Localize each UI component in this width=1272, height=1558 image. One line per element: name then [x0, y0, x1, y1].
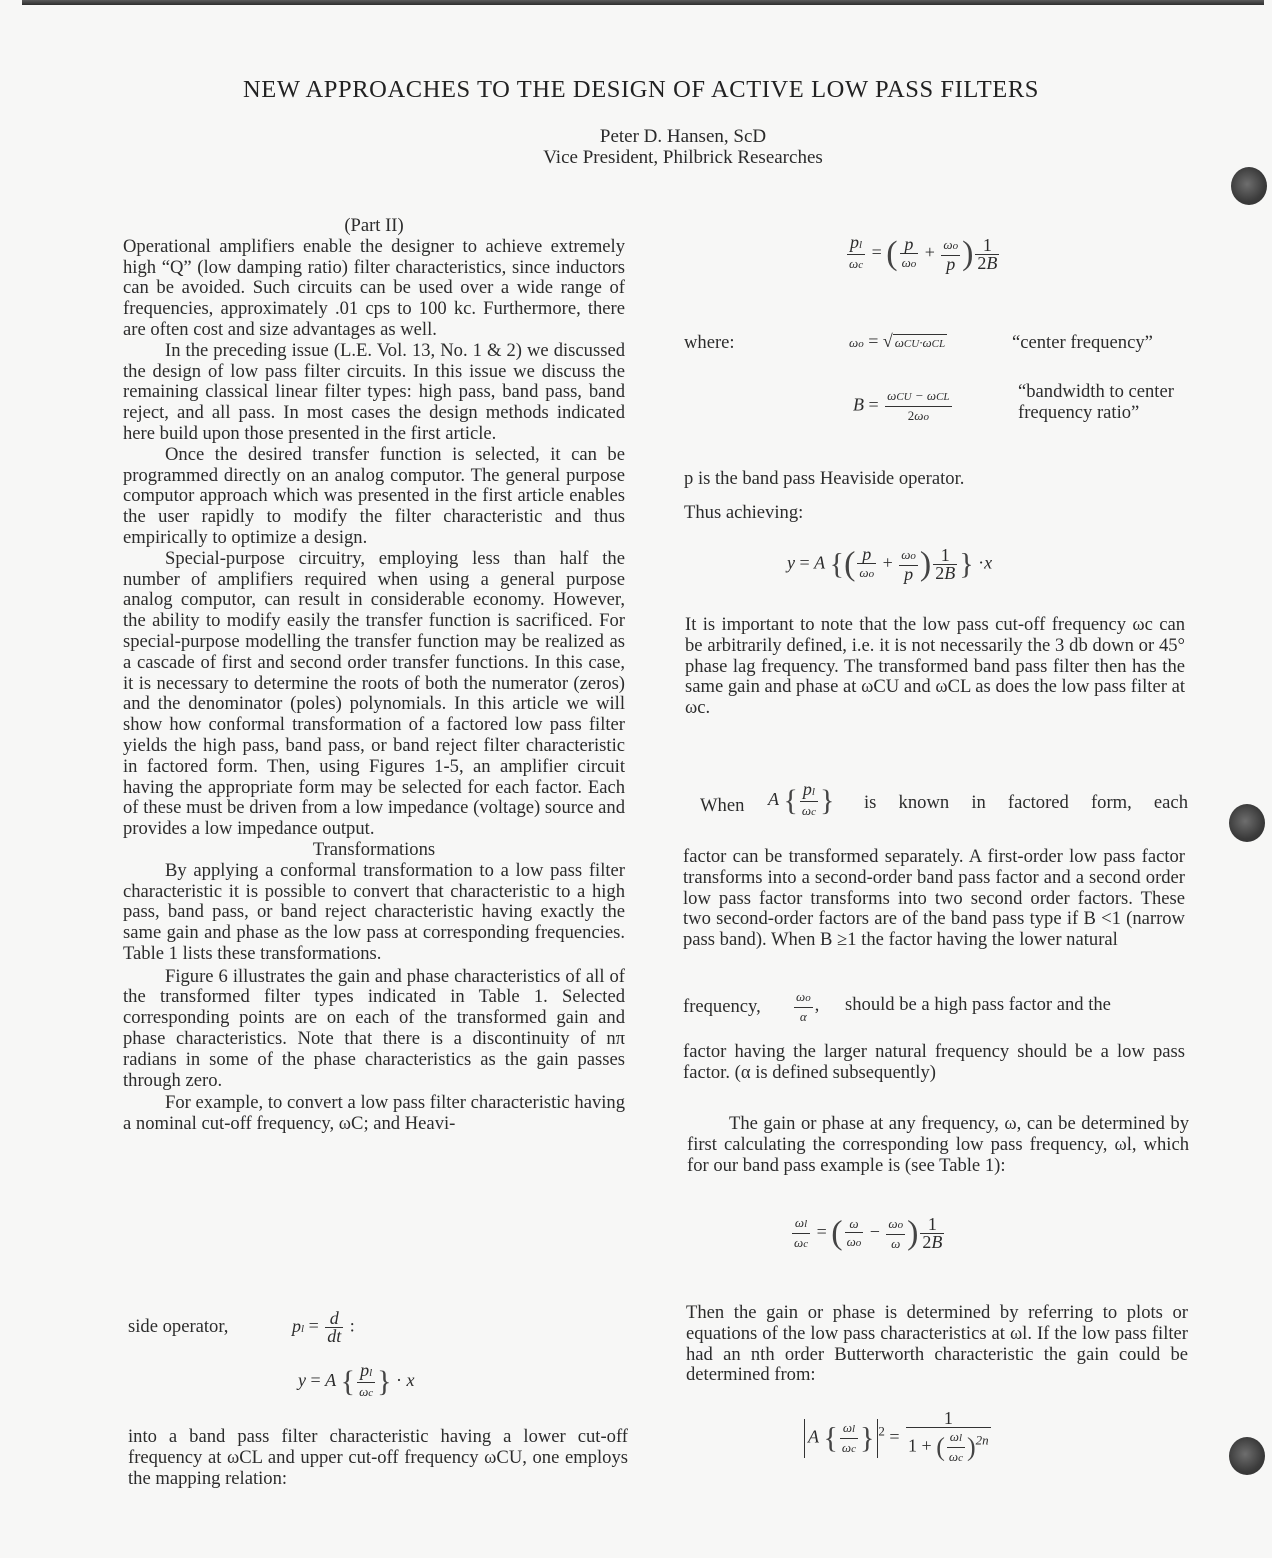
equation-center-frequency: ωo = √ωCU·ωCL: [849, 331, 947, 352]
left-column-end: into a band pass filter characteristic h…: [128, 1427, 628, 1489]
author-name: Peter D. Hansen, ScD: [0, 126, 1272, 147]
paragraph: In the preceding issue (L.E. Vol. 13, No…: [123, 341, 625, 445]
when-continuation: is known in factored form, each: [864, 792, 1188, 814]
punch-hole: [1229, 1437, 1265, 1475]
equation-y-lowpass: y = A {plωc} · x: [298, 1362, 415, 1402]
equation-omega-over-alpha: ωoα,: [792, 988, 819, 1025]
paragraph: It is important to note that the low pas…: [685, 615, 1185, 719]
side-operator-label: side operator,: [128, 1316, 228, 1338]
scan-top-edge: [22, 0, 1264, 5]
right-column-then: Then the gain or phase is determined by …: [686, 1303, 1188, 1386]
paragraph: Operational amplifiers enable the design…: [123, 237, 625, 341]
equation-pl: pl = ddt :: [292, 1310, 355, 1345]
paragraph: Then the gain or phase is determined by …: [686, 1303, 1188, 1386]
paragraph: factor having the larger natural frequen…: [683, 1042, 1185, 1084]
author-affiliation: Vice President, Philbrick Researches: [0, 147, 1272, 168]
punch-hole: [1231, 167, 1267, 205]
right-column-factor2: factor having the larger natural frequen…: [683, 1042, 1185, 1084]
paragraph: p is the band pass Heaviside operator.: [684, 469, 1194, 490]
equation-mapping: plωc = (pωo + ωop)12B: [845, 234, 1001, 274]
equation-bandwidth-ratio: B = ωCU − ωCL2ωo: [853, 387, 954, 426]
paragraph: Special-purpose circuitry, employing les…: [123, 549, 625, 840]
paragraph: factor can be transformed separately. A …: [683, 847, 1185, 951]
paragraph: By applying a conformal transformation t…: [123, 861, 625, 965]
frequency-label: frequency,: [683, 996, 761, 1018]
left-column: (Part II) Operational amplifiers enable …: [123, 216, 625, 1135]
center-frequency-note: “center frequency”: [1012, 332, 1153, 354]
part-label: (Part II): [123, 216, 625, 237]
article-title: NEW APPROACHES TO THE DESIGN OF ACTIVE L…: [0, 76, 1272, 104]
equation-butterworth: A {ωlωc}2 = 11 + (ωlωc)2n: [804, 1410, 993, 1467]
paragraph: Once the desired transfer function is se…: [123, 445, 625, 549]
when-label: When: [700, 795, 744, 817]
paragraph: Thus achieving:: [684, 503, 1194, 524]
section-heading: Transformations: [123, 840, 625, 861]
paragraph: The gain or phase at any frequency, ω, c…: [687, 1114, 1189, 1176]
where-label: where:: [684, 332, 735, 354]
punch-hole: [1229, 804, 1265, 842]
paragraph: Figure 6 illustrates the gain and phase …: [123, 967, 625, 1092]
paragraph: For example, to convert a low pass filte…: [123, 1093, 625, 1135]
bandwidth-ratio-note: “bandwidth to center frequency ratio”: [1018, 382, 1198, 424]
author-block: Peter D. Hansen, ScD Vice President, Phi…: [0, 126, 1272, 168]
right-column-factor: factor can be transformed separately. A …: [683, 847, 1185, 951]
right-column-gain: The gain or phase at any frequency, ω, c…: [687, 1114, 1189, 1176]
paragraph: into a band pass filter characteristic h…: [128, 1427, 628, 1489]
right-column-note: It is important to note that the low pas…: [685, 615, 1185, 719]
frequency-continuation: should be a high pass factor and the: [845, 994, 1111, 1016]
equation-A-pl: A {plωc}: [768, 781, 834, 821]
right-column-p-operator: p is the band pass Heaviside operator. T…: [684, 469, 1194, 524]
equation-omega-l: ωlωc = (ωωo − ωoω)12B: [790, 1214, 946, 1253]
equation-y-bandpass: y = A {(pωo + ωop)12B} ·x: [787, 546, 992, 583]
